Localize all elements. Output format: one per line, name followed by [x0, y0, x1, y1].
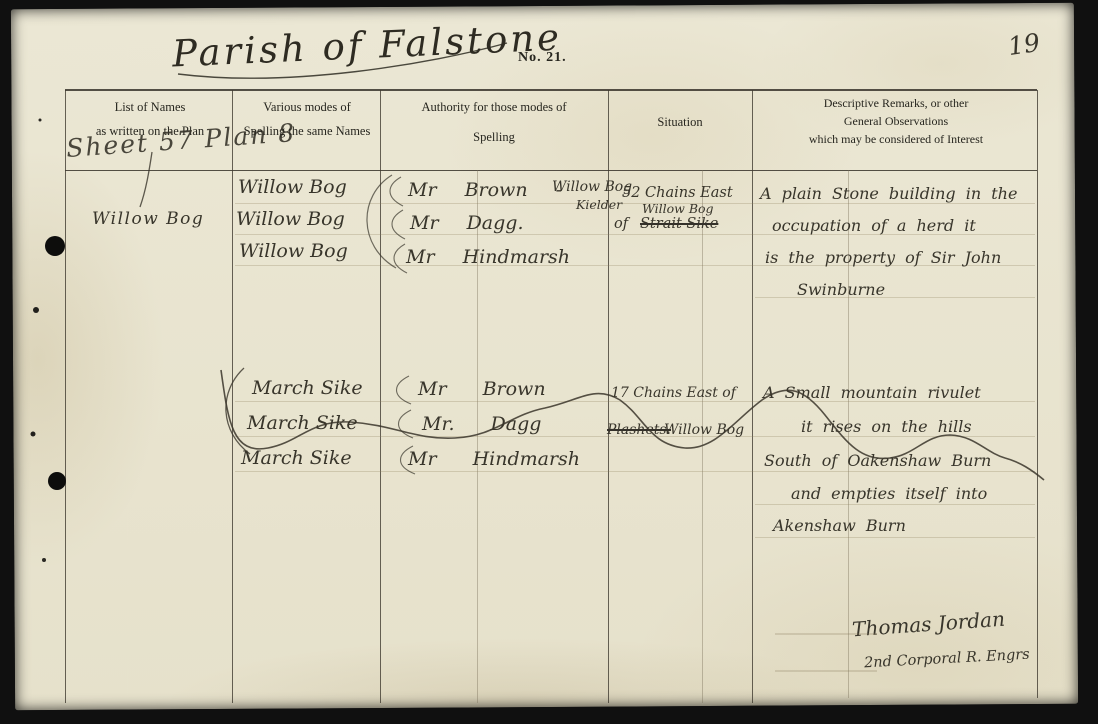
grid-line-vertical-left [65, 90, 66, 703]
entry1-spelling-2: Willow Bog [236, 208, 345, 230]
document-number: No. 21. [518, 50, 567, 66]
entry2-situation-struck-name: Plashets. [607, 422, 671, 438]
entry1-remarks-line3: is the property of Sir John [765, 248, 1001, 267]
entry2-situation-line1: 17 Chains East of [611, 385, 736, 401]
entry1-name: Willow Bog [92, 209, 204, 229]
entry1-authority-2: Mr Dagg. [410, 212, 524, 234]
entry1-authority-3: Mr Hindmarsh [406, 246, 570, 268]
grid-line-vertical-4 [752, 90, 753, 703]
entry2-authority-1: Mr Brown [418, 378, 546, 400]
scanned-document-page: { "colors": { "paper": "#e9e5d1", "handw… [0, 0, 1098, 724]
entry1-remarks-line4: Swinburne [797, 280, 885, 299]
entry2-authority-2: Mr. Dagg [422, 413, 541, 435]
column-header-spelling-line1: Various modes of [237, 100, 377, 115]
entry1-authority-note-line1: Willow Bog [552, 179, 632, 195]
entry1-remarks-line2: occupation of a herd it [772, 216, 976, 235]
column-header-names-line1: List of Names [75, 100, 225, 115]
entry1-remarks-line1: A plain Stone building in the [760, 184, 1017, 203]
column-header-remarks-line3: which may be considered of Interest [757, 132, 1035, 147]
entry2-remarks-line2: it rises on the hills [801, 417, 972, 436]
column-header-remarks-line1: Descriptive Remarks, or other [757, 96, 1035, 111]
entry2-remarks-line3: South of Oakenshaw Burn [764, 451, 991, 470]
entry1-situation-replacement: Willow Bog [642, 201, 714, 216]
entry2-remarks-line4: and empties itself into [791, 484, 987, 503]
entry1-situation-line1: 52 Chains East [622, 185, 733, 201]
grid-line-vertical-1 [232, 90, 233, 703]
entry2-authority-3: Mr Hindmarsh [408, 448, 580, 470]
page-number: 19 [1006, 28, 1042, 61]
column-header-spelling-line2: Spelling the same Names [234, 124, 380, 139]
guide-line [755, 537, 1035, 538]
grid-line-vertical-right [1037, 90, 1038, 698]
column-header-authority-line1: Authority for those modes of [385, 100, 603, 115]
entry1-authority-note-line2: Kielder [576, 197, 622, 212]
entry2-remarks-line1: A Small mountain rivulet [763, 383, 981, 402]
table-top-border [65, 89, 1037, 91]
entry1-authority-1: Mr Brown - [408, 179, 562, 201]
column-header-situation: Situation [612, 115, 748, 130]
column-header-remarks-line2: General Observations [757, 114, 1035, 129]
entry1-situation-struck-name: Strait Sike [640, 216, 718, 232]
guide-line [235, 471, 1035, 472]
entry1-spelling-3: Willow Bog [239, 240, 348, 262]
entry1-situation-prefix: of [614, 216, 628, 232]
guide-line [755, 504, 1035, 505]
entry2-spelling-3: March Sike [241, 447, 352, 469]
grid-line-vertical-2 [380, 90, 381, 703]
entry2-remarks-line5: Akenshaw Burn [773, 516, 906, 535]
entry2-spelling-2: March Sike [247, 412, 358, 434]
guide-line [235, 203, 1035, 204]
entry2-situation-replacement: Willow Bog [664, 422, 744, 438]
entry2-spelling-1: March Sike [252, 377, 363, 399]
table-header-border [65, 170, 1037, 171]
column-header-authority-line2: Spelling [385, 130, 603, 145]
entry1-spelling-1: Willow Bog [238, 176, 347, 198]
